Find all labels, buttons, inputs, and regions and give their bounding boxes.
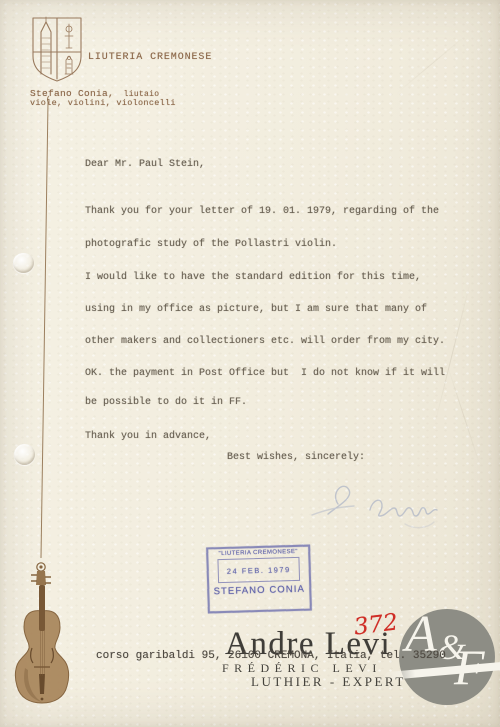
handwritten-signature <box>310 468 480 538</box>
letterhead-org: LIUTERIA CREMONESE <box>88 52 212 63</box>
body-line: other makers and collectioners etc. will… <box>85 335 445 349</box>
paper-crease <box>396 36 466 95</box>
salutation: Dear Mr. Paul Stein, <box>85 158 205 172</box>
body-line: Thank you in advance, <box>85 430 211 444</box>
cremona-crest-icon <box>27 12 87 84</box>
stamp-date: 24 FEB. 1979 <box>227 565 291 576</box>
closing-line: Best wishes, sincerely: <box>227 451 365 465</box>
body-line: be possible to do it in FF. <box>85 396 247 410</box>
violin-body <box>15 563 68 703</box>
body-line: using in my office as picture, but I am … <box>85 303 427 317</box>
body-line: Thank you for your letter of 19. 01. 197… <box>85 205 439 219</box>
rubber-stamp: "LIUTERIA CREMONESE" 24 FEB. 1979 STEFAN… <box>206 545 312 614</box>
paper-crease <box>434 280 471 426</box>
punch-hole <box>14 444 35 465</box>
body-line: I would like to have the standard editio… <box>85 271 421 285</box>
letter-page: LIUTERIA CREMONESE Stefano Conia, liutai… <box>0 0 500 727</box>
paper-crease <box>446 363 481 468</box>
ref-number-handwritten: 372 <box>353 609 400 640</box>
stamp-name: STEFANO CONIA <box>209 584 309 598</box>
punch-hole <box>13 253 34 273</box>
letterhead-instruments: viole, violini, violoncelli <box>30 98 176 108</box>
body-line: OK. the payment in Post Office but I do … <box>85 367 445 381</box>
stamp-date-box: 24 FEB. 1979 <box>217 557 300 583</box>
body-line: photografic study of the Pollastri violi… <box>85 238 337 252</box>
dealer-role: LUTHIER - EXPERT <box>251 674 406 690</box>
